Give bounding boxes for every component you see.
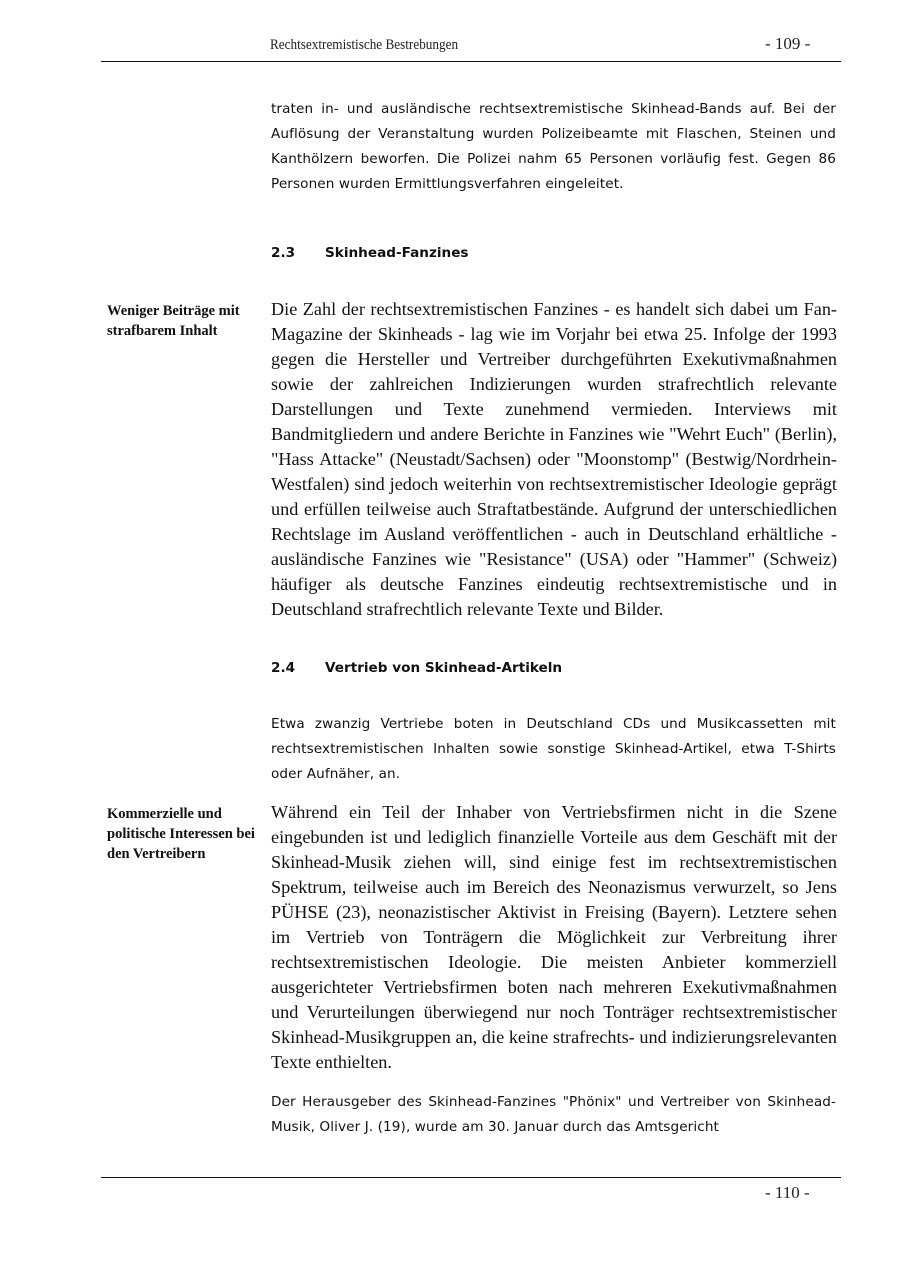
section-number: 2.4 [271, 660, 325, 676]
margin-note-fewer-contributions: Weniger Beiträge mit strafbarem Inhalt [107, 301, 262, 341]
intro-paragraph: traten in- und ausländische rechtsextrem… [271, 97, 836, 197]
page-number-top: - 109 - [765, 34, 810, 54]
phoenix-paragraph: Der Herausgeber des Skinhead-Fanzines "P… [271, 1090, 836, 1140]
vendors-paragraph: Während ein Teil der Inhaber von Vertrie… [271, 800, 837, 1075]
section-heading-2-3: 2.3Skinhead-Fanzines [271, 245, 469, 261]
section-heading-2-4: 2.4Vertrieb von Skinhead-Artikeln [271, 660, 562, 676]
fanzines-paragraph: Die Zahl der rechtsextremistischen Fanzi… [271, 297, 837, 622]
running-title: Rechtsextremistische Bestrebungen [270, 37, 458, 54]
distribution-paragraph: Etwa zwanzig Vertriebe boten in Deutschl… [271, 712, 836, 787]
section-number: 2.3 [271, 245, 325, 261]
margin-note-commercial-interests: Kommerzielle und politische Interessen b… [107, 804, 262, 864]
footer-rule [101, 1177, 841, 1178]
section-title: Vertrieb von Skinhead-Artikeln [325, 660, 562, 676]
header-rule [101, 61, 841, 62]
section-title: Skinhead-Fanzines [325, 245, 469, 261]
page-number-bottom: - 110 - [765, 1183, 810, 1203]
